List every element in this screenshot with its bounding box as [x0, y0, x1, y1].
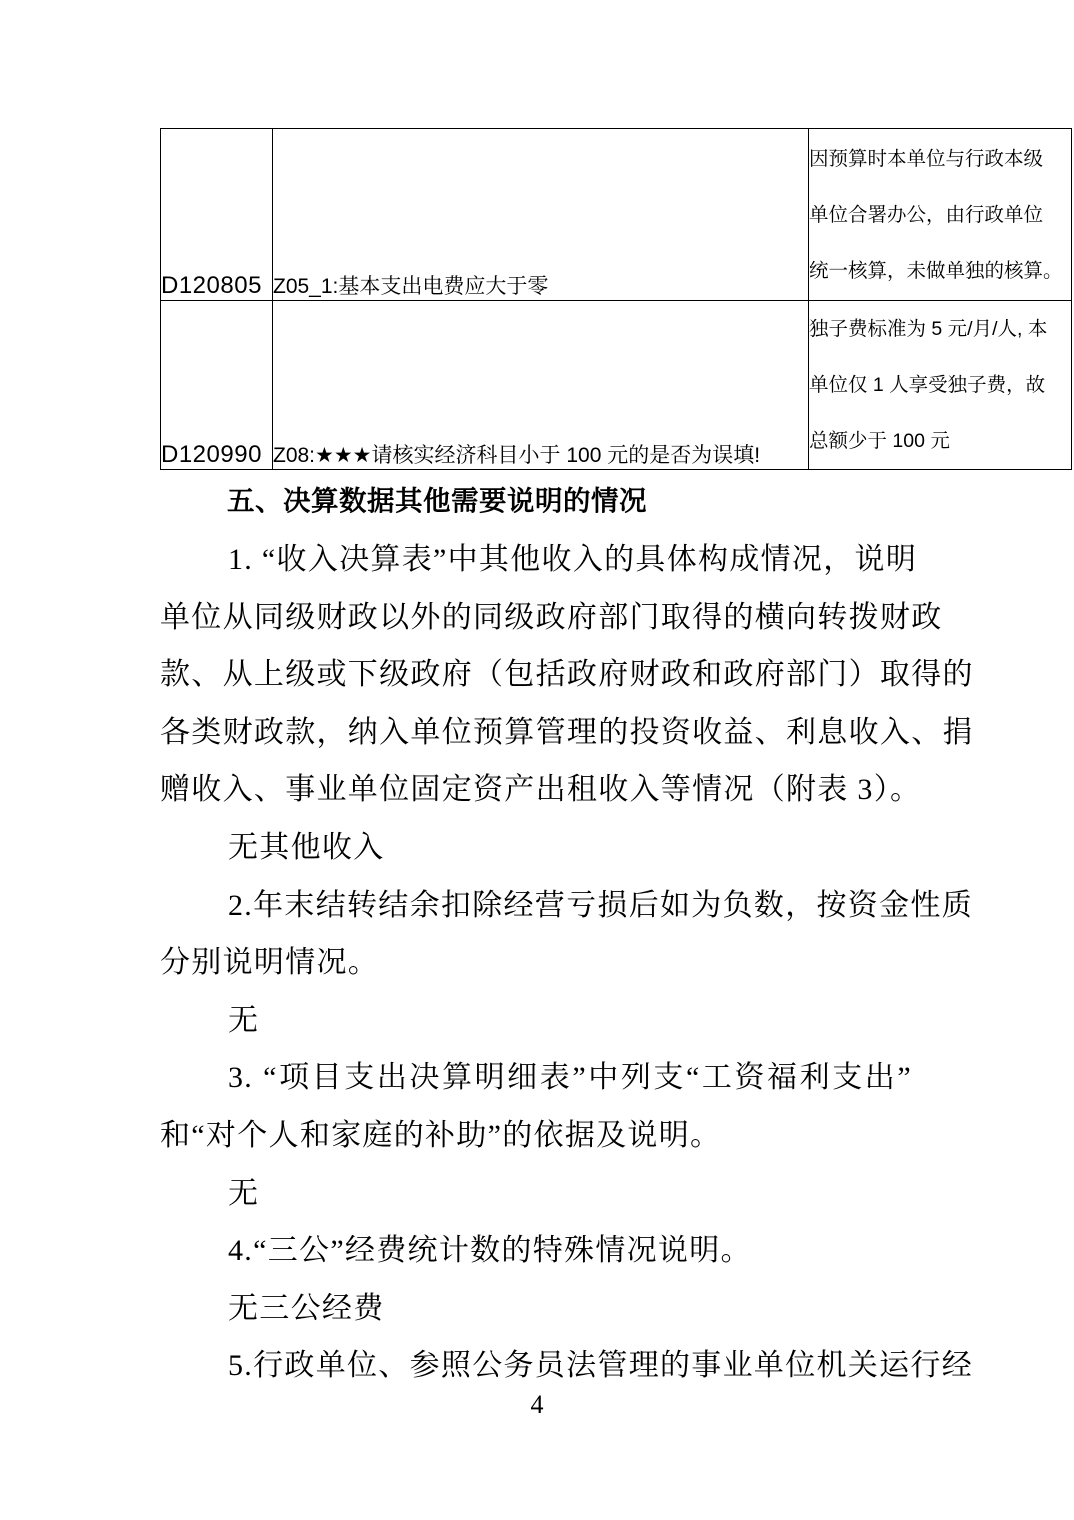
section-heading: 五、决算数据其他需要说明的情况: [227, 478, 647, 518]
explanation-line: 因预算时本单位与行政本级: [809, 131, 1071, 187]
validation-issues-table: D120805Z05_1:基本支出电费应大于零因预算时本单位与行政本级单位合署办…: [160, 128, 1072, 470]
issue-explanation-cell: 独子费标准为 5 元/月/人, 本单位仅 1 人享受独子费，故总额少于 100 …: [809, 301, 1072, 470]
body-line: 无: [160, 1165, 912, 1223]
explanation-line: 独子费标准为 5 元/月/人, 本: [809, 301, 1071, 357]
body-line: 4.“三公”经费统计数的特殊情况说明。: [160, 1222, 912, 1280]
page-number: 4: [0, 1390, 1074, 1420]
section-body: 1. “收入决算表”中其他收入的具体构成情况，说明单位从同级财政以外的同级政府部…: [160, 531, 912, 1395]
body-line: 款、从上级或下级政府（包括政府财政和政府部门）取得的: [160, 646, 912, 704]
issue-explanation-cell: 因预算时本单位与行政本级单位合署办公，由行政单位统一核算，未做单独的核算。: [809, 129, 1072, 301]
explanation-line: 单位合署办公，由行政单位: [809, 187, 1071, 243]
table-row: D120805Z05_1:基本支出电费应大于零因预算时本单位与行政本级单位合署办…: [161, 129, 1072, 301]
body-line: 单位从同级财政以外的同级政府部门取得的横向转拨财政: [160, 589, 912, 647]
table-row: D120990Z08:★★★请核实经济科目小于 100 元的是否为误填!独子费标…: [161, 301, 1072, 470]
body-line: 3. “项目支出决算明细表”中列支“工资福利支出”: [160, 1049, 912, 1107]
body-line: 5.行政单位、参照公务员法管理的事业单位机关运行经: [160, 1337, 912, 1395]
body-line: 和“对个人和家庭的补助”的依据及说明。: [160, 1107, 912, 1165]
body-line: 无: [160, 992, 912, 1050]
body-line: 无三公经费: [160, 1280, 912, 1338]
explanation-line: 总额少于 100 元: [809, 413, 1071, 469]
validation-issues-table-body: D120805Z05_1:基本支出电费应大于零因预算时本单位与行政本级单位合署办…: [161, 129, 1072, 470]
body-line: 赠收入、事业单位固定资产出租收入等情况（附表 3）。: [160, 761, 912, 819]
issue-description-cell: Z05_1:基本支出电费应大于零: [273, 129, 809, 301]
issue-code-cell: D120990: [161, 301, 273, 470]
body-line: 各类财政款，纳入单位预算管理的投资收益、利息收入、捐: [160, 704, 912, 762]
body-line: 1. “收入决算表”中其他收入的具体构成情况，说明: [160, 531, 912, 589]
explanation-line: 统一核算，未做单独的核算。: [809, 243, 1071, 299]
issue-description-cell: Z08:★★★请核实经济科目小于 100 元的是否为误填!: [273, 301, 809, 470]
explanation-line: 单位仅 1 人享受独子费，故: [809, 357, 1071, 413]
issue-code-cell: D120805: [161, 129, 273, 301]
body-line: 2.年末结转结余扣除经营亏损后如为负数，按资金性质: [160, 877, 912, 935]
document-page: D120805Z05_1:基本支出电费应大于零因预算时本单位与行政本级单位合署办…: [0, 0, 1074, 1520]
body-line: 无其他收入: [160, 819, 912, 877]
body-line: 分别说明情况。: [160, 934, 912, 992]
